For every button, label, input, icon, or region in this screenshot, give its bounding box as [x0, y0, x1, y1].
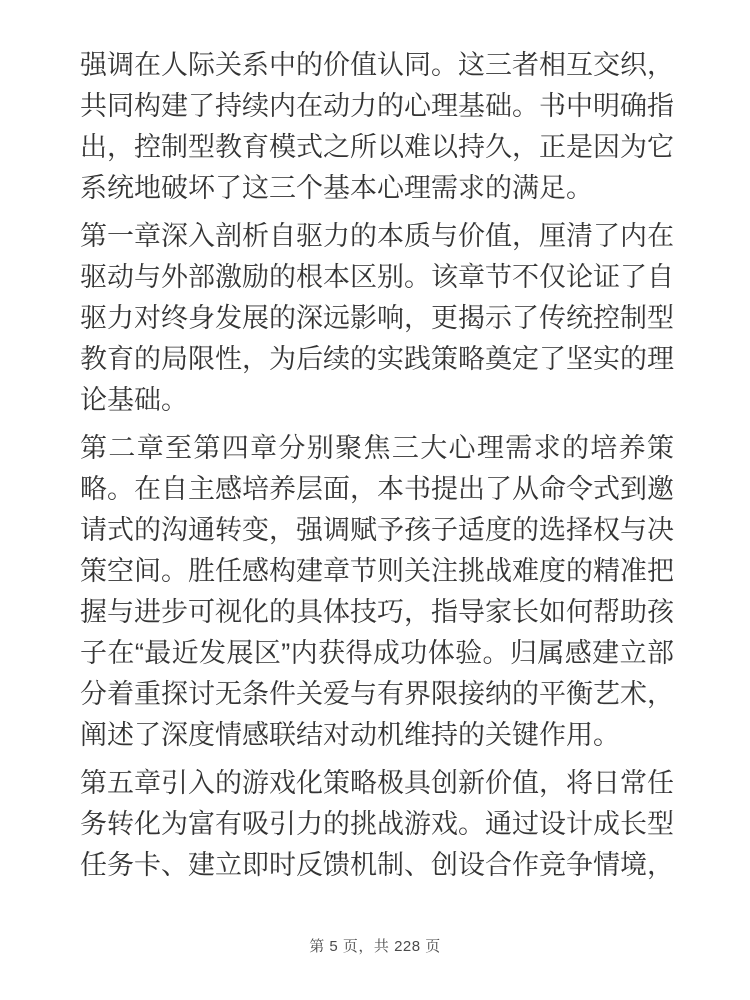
page-number-indicator: 第 5 页，共 228 页 [0, 937, 750, 957]
paragraph-4: 第五章引入的游戏化策略极具创新价值，将日常任务转化为富有吸引力的挑战游戏。通过设… [80, 763, 674, 886]
document-page: 强调在人际关系中的价值认同。这三者相互交织，共同构建了持续内在动力的心理基础。书… [80, 45, 674, 893]
paragraph-2: 第一章深入剖析自驱力的本质与价值，厘清了内在驱动与外部激励的根本区别。该章节不仅… [80, 216, 674, 421]
paragraph-1: 强调在人际关系中的价值认同。这三者相互交织，共同构建了持续内在动力的心理基础。书… [80, 45, 674, 209]
paragraph-3: 第二章至第四章分别聚焦三大心理需求的培养策略。在自主感培养层面，本书提出了从命令… [80, 428, 674, 756]
